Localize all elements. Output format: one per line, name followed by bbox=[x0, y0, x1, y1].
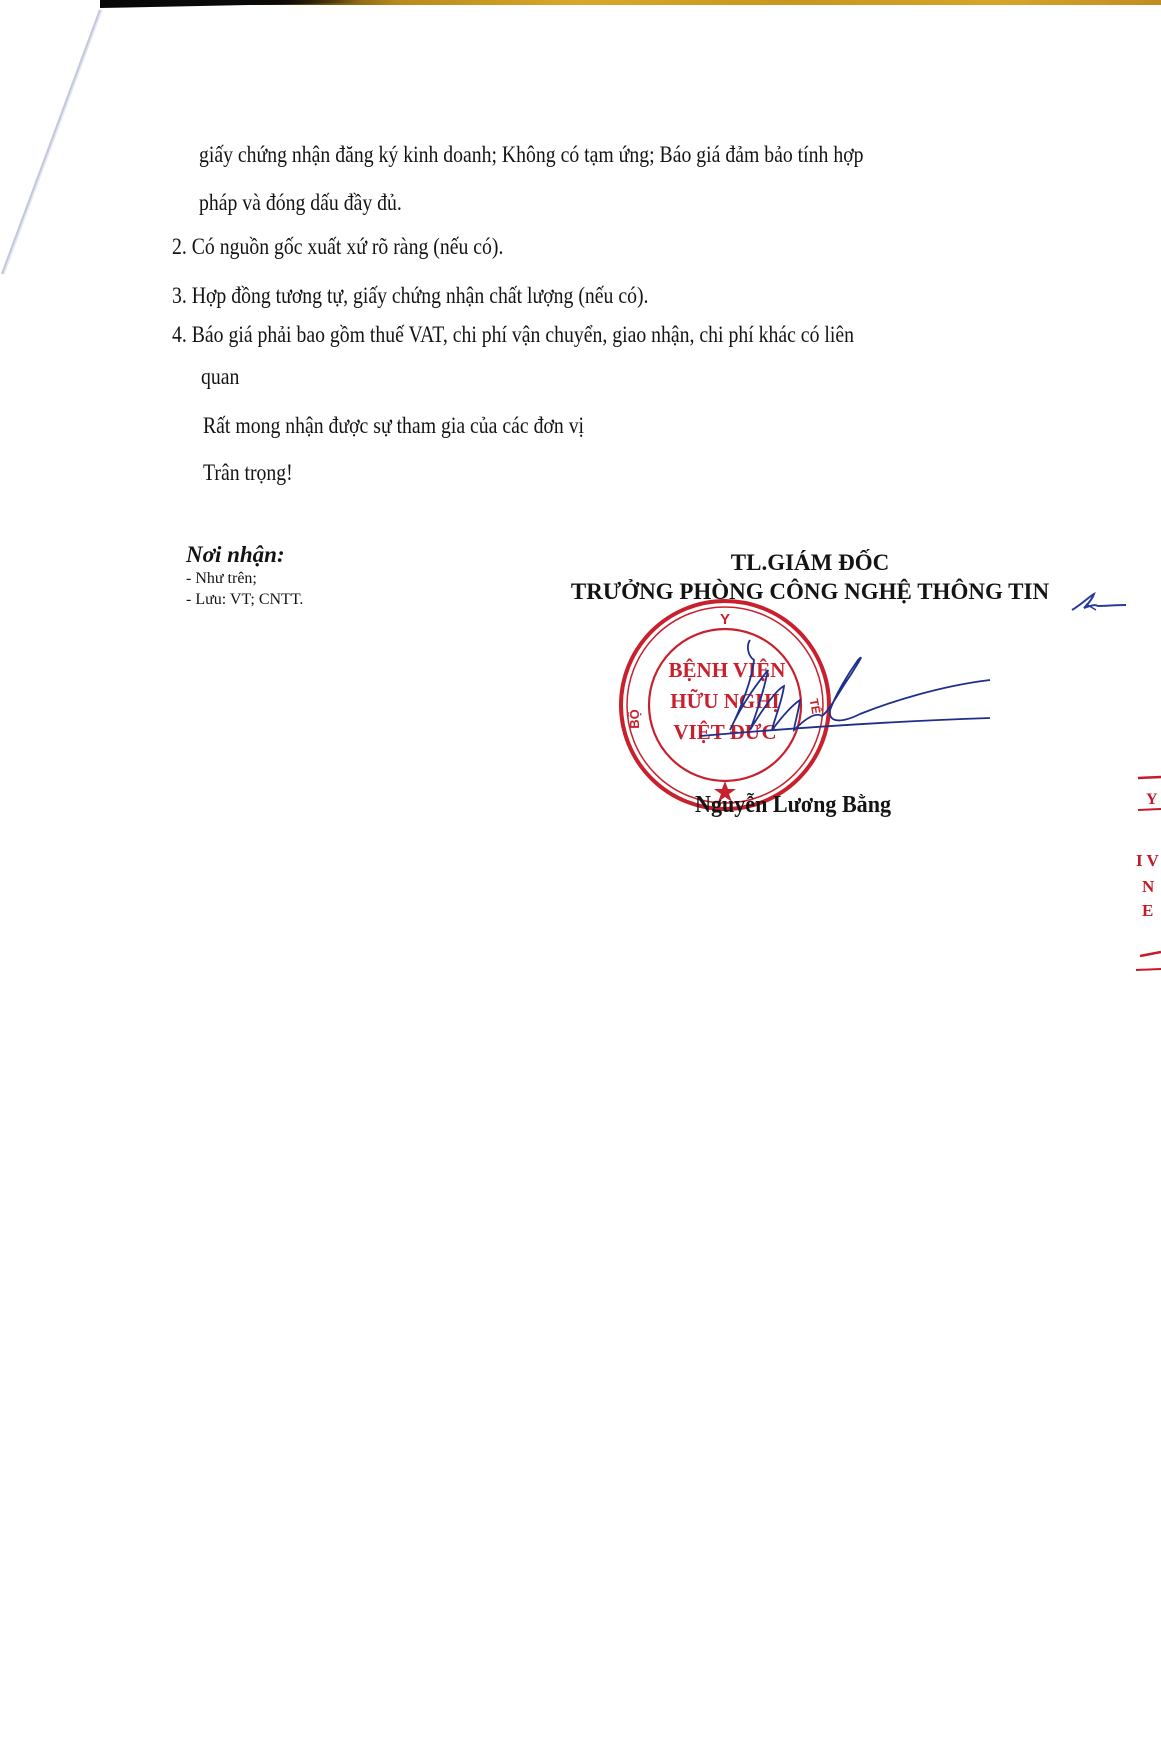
closing-line: Rất mong nhận được sự tham gia của các đ… bbox=[203, 415, 584, 439]
page-fold-edge bbox=[0, 8, 110, 278]
body-line: giấy chứng nhận đăng ký kinh doanh; Khôn… bbox=[199, 144, 864, 168]
body-line: pháp và đóng dấu đầy đủ. bbox=[199, 192, 402, 216]
salutation: Trân trọng! bbox=[203, 462, 293, 486]
receiver-item: - Như trên; bbox=[186, 568, 303, 589]
partial-seal-letter: E bbox=[1142, 901, 1153, 920]
receiver-item: - Lưu: VT; CNTT. bbox=[186, 589, 303, 610]
stamp-top-letter: Y bbox=[720, 611, 730, 628]
receivers-title: Nơi nhận: bbox=[186, 542, 303, 568]
handwritten-signature-icon bbox=[690, 630, 1000, 770]
list-item-3: 3. Hợp đồng tương tự, giấy chứng nhận ch… bbox=[172, 285, 649, 309]
signer-name: Nguyễn Lương Bằng bbox=[695, 792, 891, 819]
body-line: quan bbox=[201, 366, 239, 390]
partial-seal-icon: Y I V N E bbox=[1128, 766, 1161, 986]
partial-seal-letter: I V bbox=[1136, 851, 1160, 870]
list-item-4: 4. Báo giá phải bao gồm thuế VAT, chi ph… bbox=[172, 324, 854, 348]
signatory-authority: TL.GIÁM ĐỐC bbox=[530, 548, 1090, 577]
initial-mark-icon bbox=[1068, 590, 1128, 614]
scan-top-edge bbox=[0, 0, 1161, 9]
list-item-2: 2. Có nguồn gốc xuất xứ rõ ràng (nếu có)… bbox=[172, 236, 503, 260]
partial-seal-letter: Y bbox=[1146, 791, 1158, 808]
receivers-block: Nơi nhận: - Như trên; - Lưu: VT; CNTT. bbox=[186, 542, 303, 610]
stamp-side-text: BỘ bbox=[627, 709, 642, 729]
partial-seal-letter: N bbox=[1142, 877, 1155, 896]
